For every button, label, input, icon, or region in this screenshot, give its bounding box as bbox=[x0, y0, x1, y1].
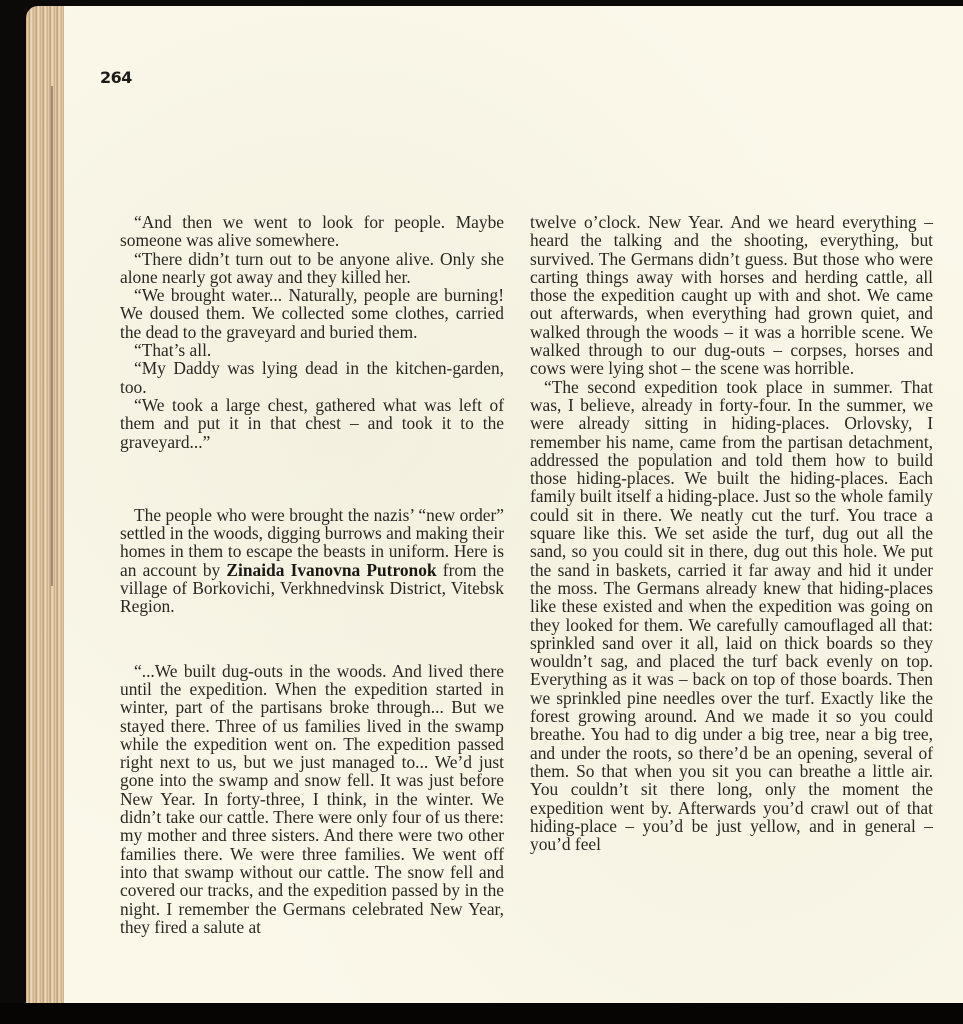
testimony-paragraph: “And then we went to look for people. Ma… bbox=[120, 213, 504, 250]
testimony-paragraph: “We took a large chest, gathered what wa… bbox=[120, 396, 504, 451]
testimony-paragraph: “The second expedition took place in sum… bbox=[530, 378, 933, 854]
witness-name: Zinaida Ivanovna Putronok bbox=[226, 560, 436, 580]
testimony-paragraph: “...We built dug-outs in the woods. And … bbox=[120, 662, 504, 936]
page-number: 264 bbox=[100, 68, 132, 87]
section-gap bbox=[120, 451, 504, 506]
table-surface bbox=[0, 1003, 963, 1024]
testimony-paragraph: “There didn’t turn out to be anyone aliv… bbox=[120, 250, 504, 287]
testimony-paragraph: “We brought water... Naturally, people a… bbox=[120, 286, 504, 341]
section-gap bbox=[120, 616, 504, 662]
testimony-paragraph: “My Daddy was lying dead in the kitchen-… bbox=[120, 359, 504, 396]
testimony-paragraph: “That’s all. bbox=[120, 341, 504, 359]
book-photo: 264 “And then we went to look for people… bbox=[0, 0, 963, 1024]
left-column: “And then we went to look for people. Ma… bbox=[120, 213, 504, 936]
testimony-paragraph: twelve o’clock. New Year. And we heard e… bbox=[530, 213, 933, 378]
right-column: twelve o’clock. New Year. And we heard e… bbox=[530, 213, 933, 853]
page-edges bbox=[26, 6, 66, 1006]
book-page: 264 “And then we went to look for people… bbox=[64, 6, 963, 1003]
author-intro: The people who were brought the nazis’ “… bbox=[120, 506, 504, 616]
